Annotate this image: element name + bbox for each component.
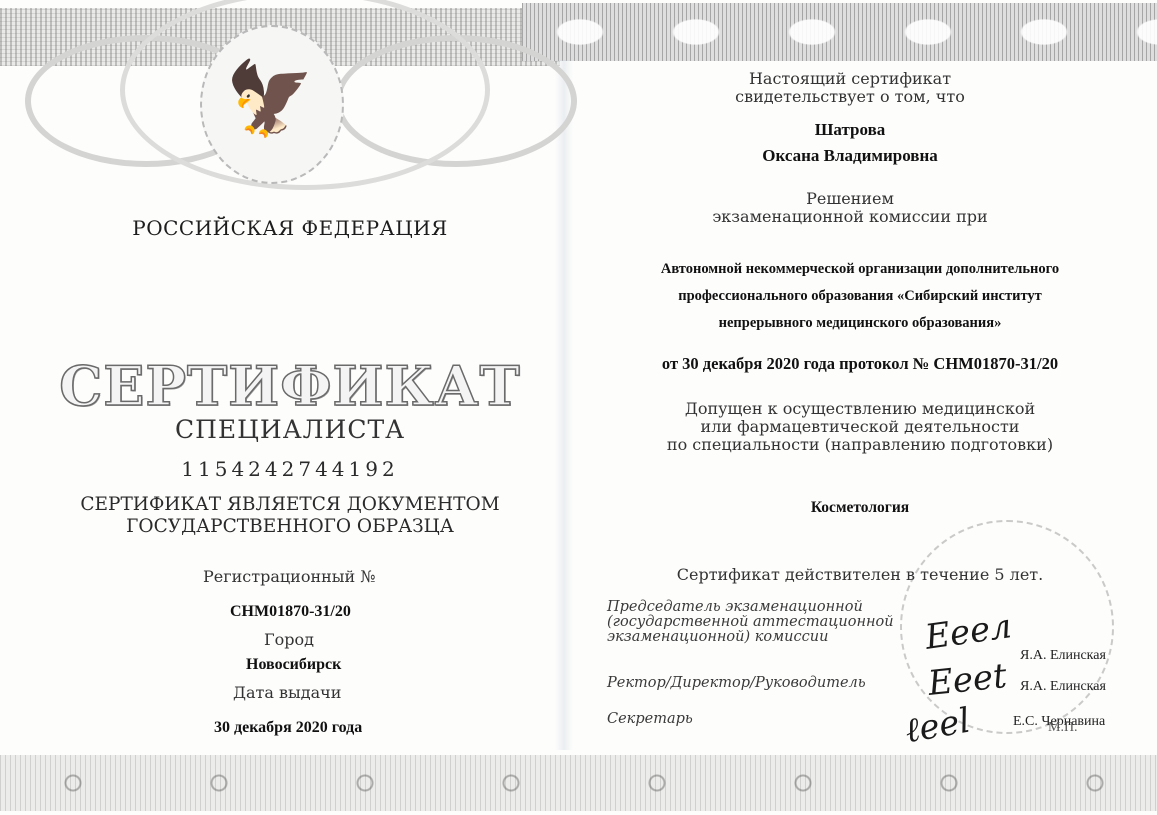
holder-given-names: Оксана Владимировна [640, 146, 1060, 166]
date-label: Дата выдачи [233, 683, 341, 702]
signature-secretary-icon: ℓeel [902, 701, 973, 752]
decision-line-1: Решением [640, 190, 1060, 208]
city-label: Город [264, 630, 314, 649]
signature-role-secretary: Секретарь [607, 712, 693, 727]
organization-line-1: Автономной некоммерческой организации до… [600, 256, 1120, 283]
city-value: Новосибирск [246, 656, 341, 674]
note-line-1: СЕРТИФИКАТ ЯВЛЯЕТСЯ ДОКУМЕНТОМ [0, 494, 580, 516]
organization-line-2: профессионального образования «Сибирский… [600, 283, 1120, 310]
admission-text: Допущен к осуществлению медицинской или … [600, 400, 1120, 454]
organization-line-3: непрерывного медицинского образования» [600, 310, 1120, 337]
protocol-line: от 30 декабря 2020 года протокол № СНМ01… [600, 354, 1120, 374]
registration-value: СНМ01870-31/20 [230, 603, 351, 621]
decision-line-2: экзаменационной комиссии при [640, 208, 1060, 226]
certificate-title: СЕРТИФИКАТ [0, 354, 580, 418]
intro-line-2: свидетельствует о том, что [640, 88, 1060, 106]
guilloche-band-top-right [522, 3, 1157, 61]
holder-surname: Шатрова [640, 120, 1060, 140]
validity-text: Сертификат действителен в течение 5 лет. [600, 566, 1120, 584]
signer-chairman-name: Я.А. Елинская [1020, 648, 1106, 664]
signer-rector-name: Я.А. Елинская [1020, 679, 1106, 695]
state-document-note: СЕРТИФИКАТ ЯВЛЯЕТСЯ ДОКУМЕНТОМ ГОСУДАРСТ… [0, 494, 580, 538]
guilloche-band-bottom [0, 755, 1157, 811]
intro-line-1: Настоящий сертификат [640, 70, 1060, 88]
signature-role-chairman: Председатель экзаменационной (государств… [607, 600, 894, 645]
stamp-place-mark: М.П. [1048, 720, 1078, 736]
note-line-2: ГОСУДАРСТВЕННОГО ОБРАЗЦА [0, 516, 580, 538]
issuing-organization: Автономной некоммерческой организации до… [600, 256, 1120, 337]
admission-line-3: по специальности (направлению подготовки… [600, 436, 1120, 454]
registration-label: Регистрационный № [203, 567, 375, 586]
admission-line-2: или фармацевтической деятельности [600, 418, 1120, 436]
signature-rector-icon: Еееt [926, 656, 1008, 704]
admission-line-1: Допущен к осуществлению медицинской [600, 400, 1120, 418]
signature-role-rector: Ректор/Директор/Руководитель [607, 676, 866, 691]
serial-number: 1154242744192 [0, 457, 580, 481]
chairman-role-line-3: экзаменационной) комиссии [607, 630, 894, 645]
coat-of-arms-icon: 🦅 [220, 48, 320, 148]
decision-text: Решением экзаменационной комиссии при [640, 190, 1060, 226]
certificate-subtitle: СПЕЦИАЛИСТА [0, 415, 580, 444]
date-value: 30 декабря 2020 года [214, 719, 362, 737]
intro-text: Настоящий сертификат свидетельствует о т… [640, 70, 1060, 106]
specialty-value: Косметология [600, 499, 1120, 517]
country-name: РОССИЙСКАЯ ФЕДЕРАЦИЯ [0, 216, 580, 240]
chairman-role-line-1: Председатель экзаменационной [607, 600, 894, 615]
chairman-role-line-2: (государственной аттестационной [607, 615, 894, 630]
